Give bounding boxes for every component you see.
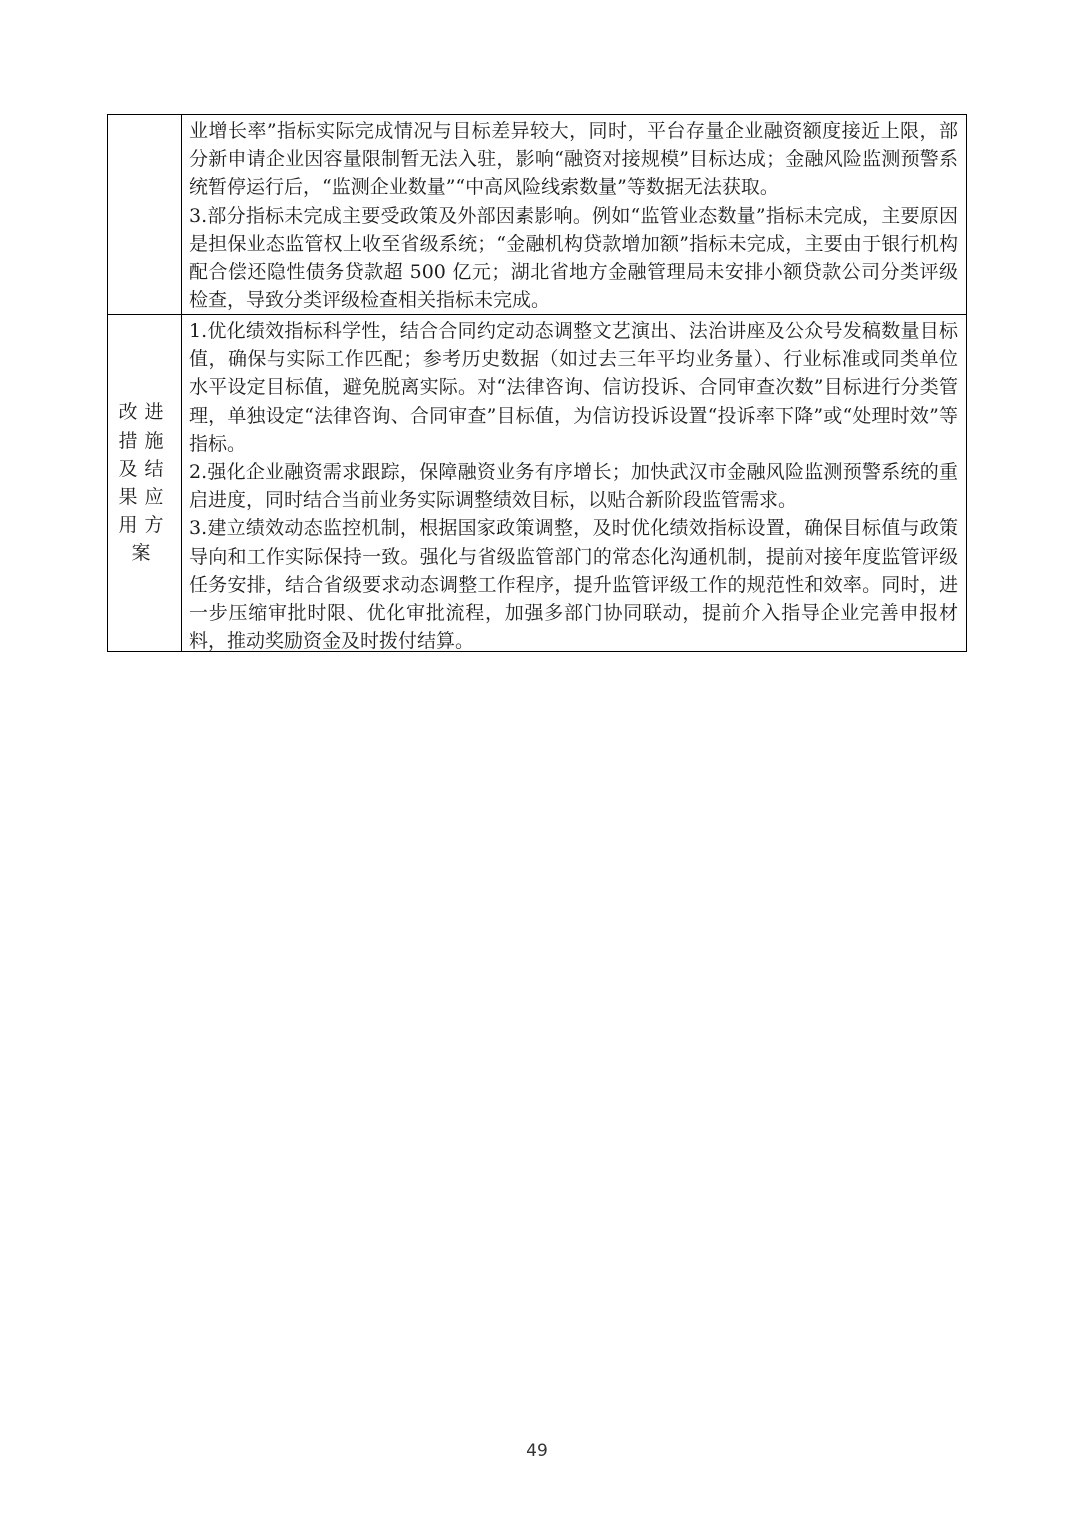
page-number: 49 <box>0 1441 1074 1461</box>
row-label-cell: 改进措施及结果应用方案 <box>108 315 182 651</box>
performance-review-table: 业增长率”指标实际完成情况与目标差异较大，同时，平台存量企业融资额度接近上限，部… <box>107 114 967 652</box>
row-content-cell: 业增长率”指标实际完成情况与目标差异较大，同时，平台存量企业融资额度接近上限，部… <box>182 115 966 314</box>
row-label-text: 改进措施及结果应用方案 <box>118 398 172 567</box>
document-page: { "page_number": "49", "table": { "rows"… <box>0 0 1074 1520</box>
table-row-improvement-measures: 改进措施及结果应用方案 1.优化绩效指标科学性，结合合同约定动态调整文艺演出、法… <box>108 314 966 651</box>
row-content-cell: 1.优化绩效指标科学性，结合合同约定动态调整文艺演出、法治讲座及公众号发稿数量目… <box>182 315 966 651</box>
paragraph: 业增长率”指标实际完成情况与目标差异较大，同时，平台存量企业融资额度接近上限，部… <box>189 117 958 202</box>
paragraph: 1.优化绩效指标科学性，结合合同约定动态调整文艺演出、法治讲座及公众号发稿数量目… <box>189 317 958 458</box>
paragraph: 2.强化企业融资需求跟踪，保障融资业务有序增长；加快武汉市金融风险监测预警系统的… <box>189 458 958 514</box>
table-row-continuation: 业增长率”指标实际完成情况与目标差异较大，同时，平台存量企业融资额度接近上限，部… <box>108 115 966 314</box>
paragraph: 3.部分指标未完成主要受政策及外部因素影响。例如“监管业态数量”指标未完成，主要… <box>189 202 958 314</box>
row-label-cell-empty <box>108 115 182 314</box>
paragraph: 3.建立绩效动态监控机制，根据国家政策调整，及时优化绩效指标设置，确保目标值与政… <box>189 514 958 651</box>
